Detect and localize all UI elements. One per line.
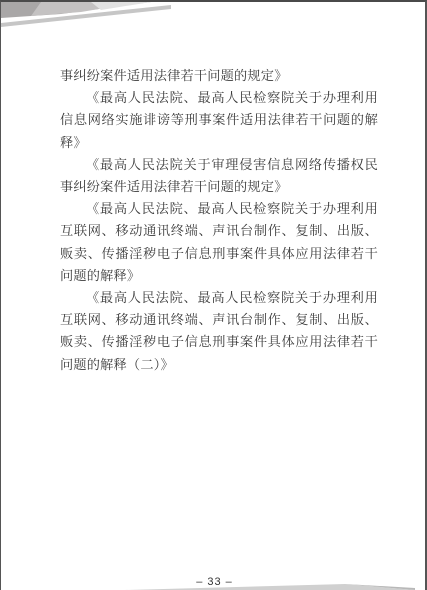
- paragraph-2: 《最高人民法院、最高人民检察院关于办理利用信息网络实施诽谤等刑事案件适用法律若干…: [60, 88, 378, 155]
- paragraph-1: 事纠纷案件适用法律若干问题的规定》: [60, 66, 378, 88]
- paragraph-4: 《最高人民法院、最高人民检察院关于办理利用互联网、移动通讯终端、声讯台制作、复制…: [60, 199, 378, 288]
- page-number: – 33 –: [1, 576, 427, 588]
- page-frame: 事纠纷案件适用法律若干问题的规定》 《最高人民法院、最高人民检察院关于办理利用信…: [0, 0, 427, 590]
- page-curl-top-decoration: [1, 2, 176, 28]
- document-body: 事纠纷案件适用法律若干问题的规定》 《最高人民法院、最高人民检察院关于办理利用信…: [60, 66, 378, 377]
- paragraph-5: 《最高人民法院、最高人民检察院关于办理利用互联网、移动通讯终端、声讯台制作、复制…: [60, 288, 378, 377]
- paragraph-3: 《最高人民法院关于审理侵害信息网络传播权民事纠纷案件适用法律若干问题的规定》: [60, 155, 378, 199]
